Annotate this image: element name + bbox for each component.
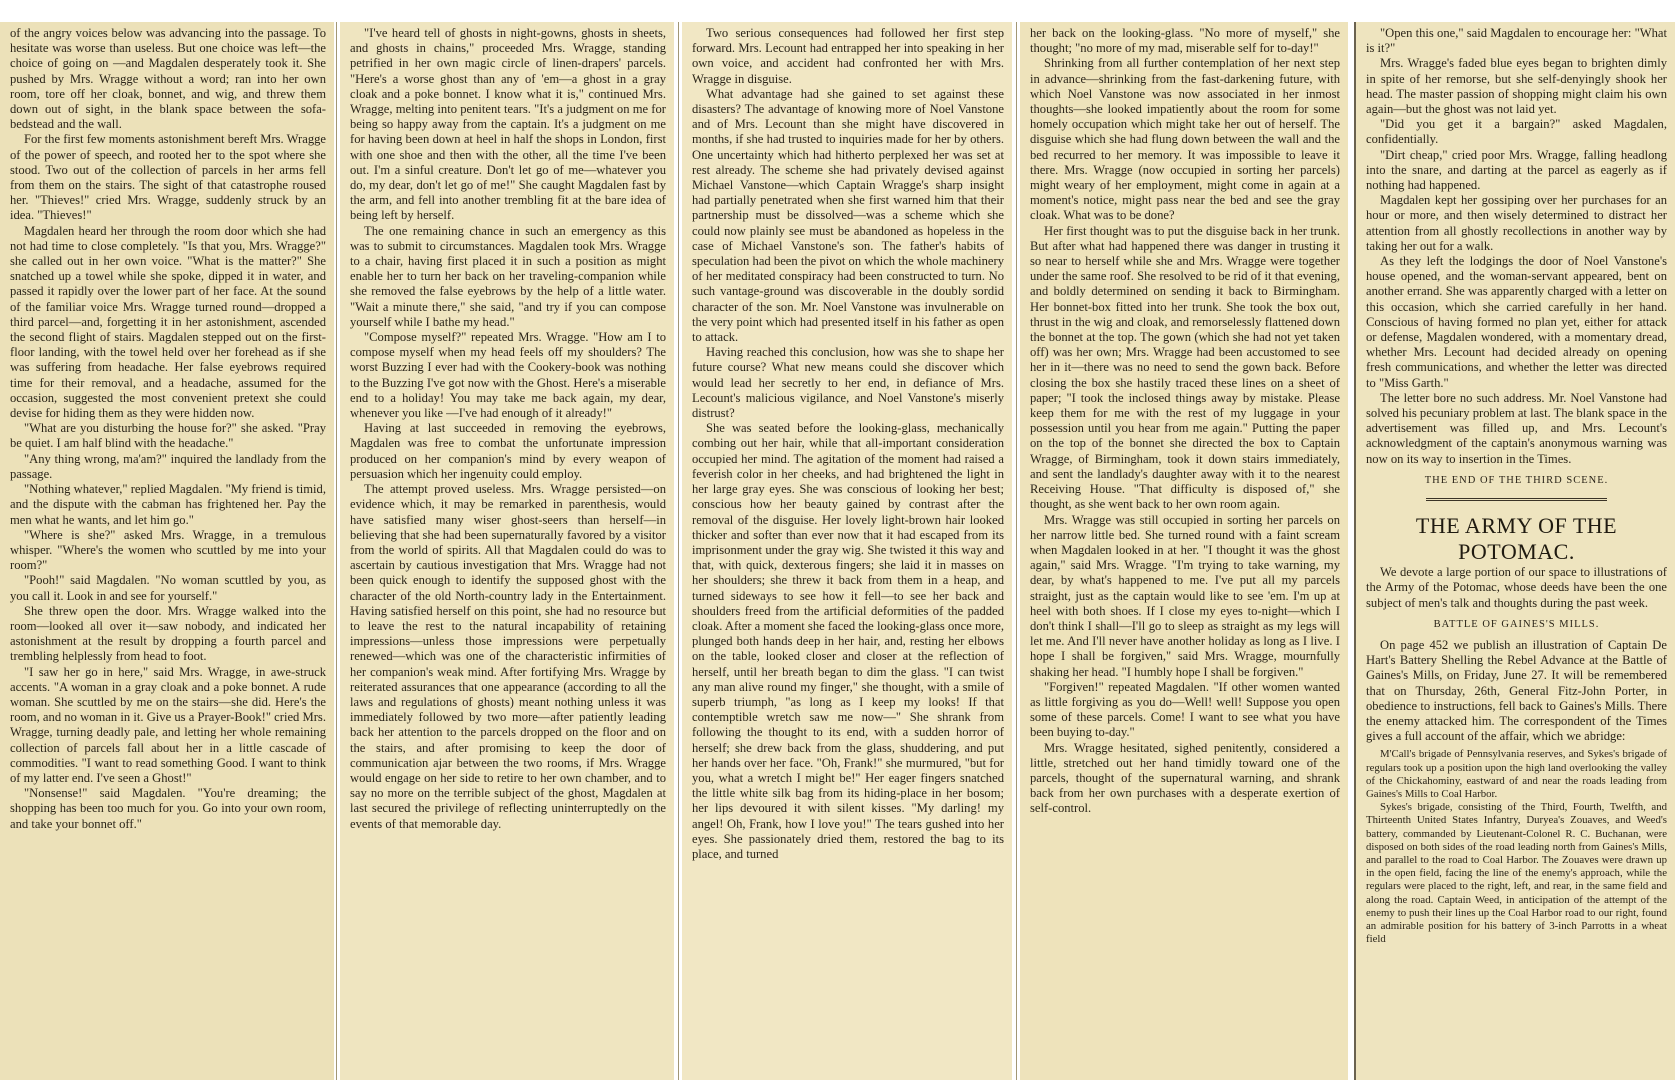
- column-5: "Open this one," said Magdalen to encour…: [1354, 22, 1675, 1080]
- column-1: of the angry voices below was advancing …: [0, 22, 334, 1080]
- section-end-note: THE END OF THE THIRD SCENE.: [1366, 473, 1667, 488]
- paragraph: Shrinking from all further contemplation…: [1030, 56, 1340, 223]
- article-body: On page 452 we publish an illustration o…: [1366, 638, 1667, 744]
- paragraph: Magdalen kept her gossiping over her pur…: [1366, 193, 1667, 254]
- paragraph: "I saw her go in here," said Mrs. Wragge…: [10, 665, 326, 787]
- column-3: Two serious consequences had followed he…: [682, 22, 1012, 1080]
- paragraph: She threw open the door. Mrs. Wragge wal…: [10, 604, 326, 665]
- paragraph: She was seated before the looking-glass,…: [692, 421, 1004, 862]
- paragraph: "Any thing wrong, ma'am?" inquired the l…: [10, 452, 326, 482]
- paragraph: The letter bore no such address. Mr. Noe…: [1366, 391, 1667, 467]
- paragraph: her back on the looking-glass. "No more …: [1030, 26, 1340, 56]
- column-divider: [336, 22, 337, 1080]
- article-subhead: BATTLE OF GAINES'S MILLS.: [1366, 617, 1667, 632]
- column-2: "I've heard tell of ghosts in night-gown…: [340, 22, 674, 1080]
- paragraph: As they left the lodgings the door of No…: [1366, 254, 1667, 391]
- column-divider: [678, 22, 679, 1080]
- paragraph: Mrs. Wragge's faded blue eyes began to b…: [1366, 56, 1667, 117]
- paragraph: "Nothing whatever," replied Magdalen. "M…: [10, 482, 326, 528]
- paragraph: What advantage had she gained to set aga…: [692, 87, 1004, 345]
- column-4: her back on the looking-glass. "No more …: [1020, 22, 1348, 1080]
- article-quote: M'Call's brigade of Pennsylvania reserve…: [1366, 748, 1667, 801]
- paragraph: Having at last succeeded in removing the…: [350, 421, 666, 482]
- paragraph: "Where is she?" asked Mrs. Wragge, in a …: [10, 528, 326, 574]
- paragraph: Mrs. Wragge was still occupied in sortin…: [1030, 513, 1340, 680]
- paragraph: "I've heard tell of ghosts in night-gown…: [350, 26, 666, 224]
- paragraph: "What are you disturbing the house for?"…: [10, 421, 326, 451]
- paragraph: Two serious consequences had followed he…: [692, 26, 1004, 87]
- article-headline: THE ARMY OF THE POTOMAC.: [1366, 513, 1667, 565]
- paragraph: The one remaining chance in such an emer…: [350, 224, 666, 330]
- article-intro: We devote a large portion of our space t…: [1366, 565, 1667, 611]
- section-divider: [1426, 498, 1607, 501]
- paragraph: "Forgiven!" repeated Magdalen. "If other…: [1030, 680, 1340, 741]
- column-divider: [1016, 22, 1017, 1080]
- paragraph: Her first thought was to put the disguis…: [1030, 224, 1340, 513]
- paragraph: Having reached this conclusion, how was …: [692, 345, 1004, 421]
- paragraph: "Dirt cheap," cried poor Mrs. Wragge, fa…: [1366, 148, 1667, 194]
- paragraph: of the angry voices below was advancing …: [10, 26, 326, 132]
- paragraph: Magdalen heard her through the room door…: [10, 224, 326, 422]
- paragraph: "Nonsense!" said Magdalen. "You're dream…: [10, 786, 326, 832]
- paragraph: "Pooh!" said Magdalen. "No woman scuttle…: [10, 573, 326, 603]
- paragraph: The attempt proved useless. Mrs. Wragge …: [350, 482, 666, 832]
- newspaper-page: of the angry voices below was advancing …: [0, 22, 1675, 1080]
- paragraph: For the first few moments astonishment b…: [10, 132, 326, 223]
- paragraph: "Compose myself?" repeated Mrs. Wragge. …: [350, 330, 666, 421]
- paragraph: Mrs. Wragge hesitated, sighed penitently…: [1030, 741, 1340, 817]
- paragraph: "Open this one," said Magdalen to encour…: [1366, 26, 1667, 56]
- article-quote: Sykes's brigade, consisting of the Third…: [1366, 801, 1667, 946]
- paragraph: "Did you get it a bargain?" asked Magdal…: [1366, 117, 1667, 147]
